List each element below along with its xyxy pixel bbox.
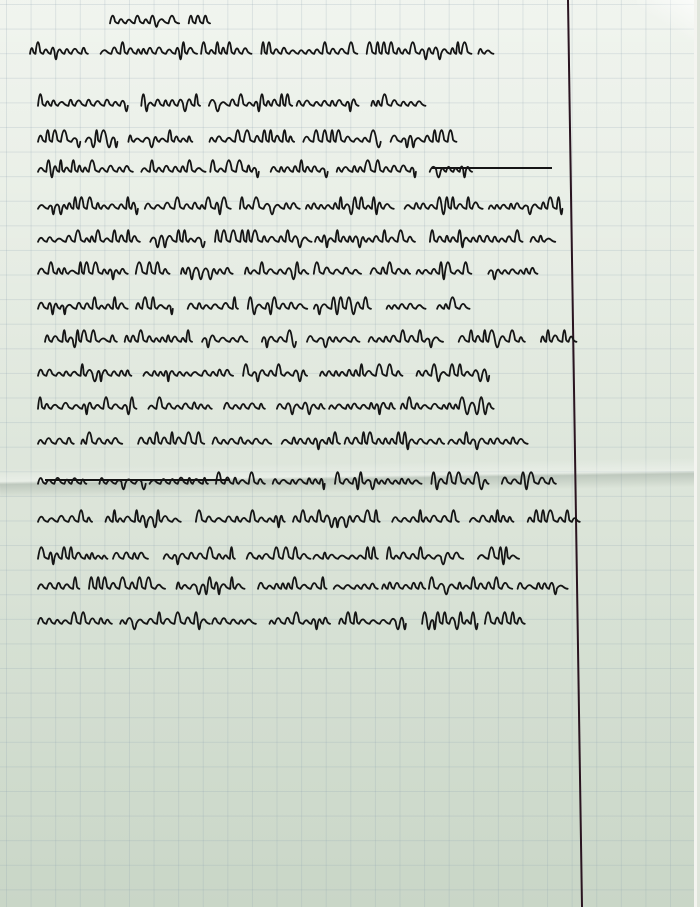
- handwritten-line: [38, 185, 563, 219]
- paper-edge: [694, 0, 697, 907]
- handwritten-line: [38, 118, 453, 152]
- handwritten-line: [38, 148, 468, 182]
- handwritten-line: [45, 318, 575, 352]
- handwritten-line: [38, 600, 538, 634]
- handwritten-line: [38, 385, 493, 419]
- strikethrough-mark: [45, 479, 230, 481]
- handwritten-line: [38, 460, 553, 494]
- handwritten-line: [38, 285, 468, 319]
- handwritten-line: [38, 352, 493, 386]
- strikethrough-mark: [432, 167, 552, 169]
- handwritten-line: [110, 8, 210, 30]
- handwritten-line: [38, 218, 548, 252]
- handwritten-line: [38, 498, 578, 532]
- letter-page: 195 16: [0, 0, 697, 907]
- handwritten-line: [38, 82, 438, 116]
- handwritten-line: [30, 30, 490, 64]
- handwritten-line: [38, 250, 548, 284]
- handwritten-line: [38, 565, 558, 599]
- handwritten-line: [38, 420, 518, 454]
- corner-fold: [637, 0, 697, 40]
- handwritten-line: [38, 535, 518, 569]
